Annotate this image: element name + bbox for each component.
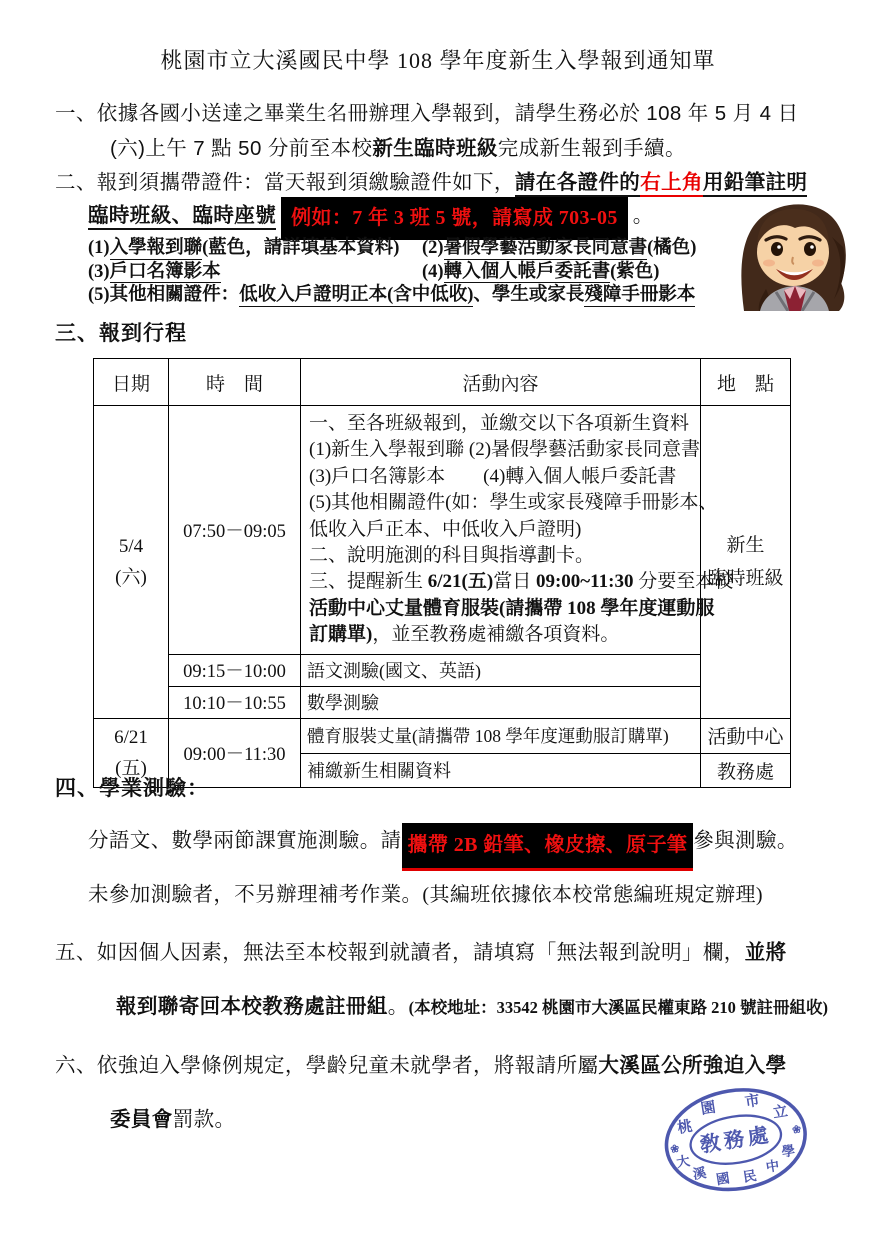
table-row-2: 09:15－10:00 語文測驗(國文、英語) xyxy=(94,654,791,686)
activity-line-4: (5)其他相關證件(如：學生或家長殘障手冊影本、 xyxy=(309,490,692,516)
schedule-table-container: 日期 時 間 活動內容 地 點 5/4 (六) 07:50－09:05 一、至各… xyxy=(93,358,791,788)
period-mark-2: 。 xyxy=(388,995,409,1018)
temp-class-emphasis: 新生臨時班級 xyxy=(372,137,497,160)
stamp-bottom-char-5: 中 xyxy=(765,1157,781,1175)
section-2-line-1: 二、報到須攜帶證件：當天報到須繳驗證件如下，請在各證件的右上角用鉛筆註明 xyxy=(55,166,807,200)
fine-tail: 罰款。 xyxy=(173,1108,236,1131)
stamp-flower-right-icon: ❀ xyxy=(791,1123,802,1136)
activity-line-3: (3)戶口名簿影本 (4)轉入個人帳戶委託書 xyxy=(309,464,692,490)
cell-date-54: 5/4 (六) xyxy=(94,406,169,719)
section-4-paragraph-2: 未參加測驗者，不另辦理補考作業。(其編班依據依本校常態編班規定辦理) xyxy=(88,878,763,912)
date-54-weekday: (六) xyxy=(95,562,167,593)
section-4-paragraph-1: 分語文、數學兩節課實施測驗。請攜帶 2B 鉛筆、橡皮擦、原子筆參與測驗。 xyxy=(88,822,798,871)
order-form-bold: 訂購單) xyxy=(309,624,372,645)
activity-line-5: 低收入戶正本、中低收入戶證明) xyxy=(309,517,692,543)
section-1-line-2: (六)上午 7 點 50 分前至本校新生臨時班級完成新生報到手續。 xyxy=(55,131,845,166)
stamp-top-char-4: 立 xyxy=(772,1102,790,1122)
class-assignment-note: (其編班依據依本校常態編班規定辦理) xyxy=(422,884,763,906)
item-3-name: 戶口名簿影本 xyxy=(110,262,221,284)
cell-activity-math-test: 數學測驗 xyxy=(301,686,701,718)
item-1-note: (藍色，請詳填基本資料) xyxy=(202,238,399,258)
stamp-bottom-char-6: 學 xyxy=(779,1142,796,1160)
item-4-num: (4) xyxy=(422,262,444,282)
section-6-line-1: 六、依強迫入學條例規定，學齡兒童未就學者，將報請所屬大溪區公所強迫入學 xyxy=(55,1049,787,1083)
avatar-eye-left xyxy=(771,242,783,256)
cell-activity-main: 一、至各班級報到，並繳交以下各項新生資料 (1)新生入學報到聯 (2)暑假學藝活… xyxy=(301,406,701,655)
district-office-bold: 大溪區公所強迫入學 xyxy=(598,1054,786,1077)
period-mark: 。 xyxy=(633,204,654,227)
cell-location-academic-office: 教務處 xyxy=(701,753,791,787)
item-4: (4)轉入個人帳戶委託書(紫色) xyxy=(422,261,659,285)
header-location: 地 點 xyxy=(701,359,791,406)
reminder-lead: 三、提醒新生 xyxy=(309,571,428,592)
header-date: 日期 xyxy=(94,359,169,406)
cell-time-1010: 10:10－10:55 xyxy=(169,686,301,718)
activity-line-9: 訂購單)，並至教務處補繳各項資料。 xyxy=(309,622,692,648)
upper-right-corner-emphasis: 右上角 xyxy=(640,171,703,197)
table-header-row: 日期 時 間 活動內容 地 點 xyxy=(94,359,791,406)
compulsory-education-note: 六、依強迫入學條例規定，學齡兒童未就學者，將報請所屬 xyxy=(55,1054,598,1077)
teacher-avatar-illustration xyxy=(736,203,856,311)
and-mail-bold: 並將 xyxy=(745,941,787,964)
example-highlight-box: 例如：7 年 3 班 5 號，請寫成 703-05 xyxy=(281,197,628,240)
table-row-4: 6/21 (五) 09:00－11:30 體育服裝丈量(請攜帶 108 學年度運… xyxy=(94,718,791,753)
item-5: (5)其他相關證件：低收入戶證明正本(含中低收)、學生或家長殘障手冊影本 xyxy=(88,284,818,308)
section-1-line-2-text: (六)上午 7 點 50 分前至本校 xyxy=(110,137,372,160)
item-3-num: (3) xyxy=(88,262,110,282)
reminder-mid: 當日 xyxy=(493,571,536,592)
item-2: (2)暑假學藝活動家長同意書(橘色) xyxy=(422,237,696,261)
stationery-highlight-box: 攜帶 2B 鉛筆、橡皮擦、原子筆 xyxy=(402,823,694,871)
avatar-blush-left xyxy=(763,260,775,267)
table-row-1: 5/4 (六) 07:50－09:05 一、至各班級報到，並繳交以下各項新生資料… xyxy=(94,406,791,655)
reminder-date: 6/21(五) xyxy=(428,571,493,592)
activity-line-8: 活動中心丈量體育服裝(請攜帶 108 學年度運動服 xyxy=(309,596,692,622)
office-stamp: 敎務處 桃 園 市 立 ❀ ❀ 大 溪 國 民 中 學 xyxy=(652,1073,820,1209)
item-1-name: 入學報到聯 xyxy=(110,238,203,260)
stamp-bottom-char-4: 民 xyxy=(742,1168,758,1185)
activity-line-7: 三、提醒新生 6/21(五)當日 09:00~11:30 分要至本校 xyxy=(309,569,692,595)
item-4-name: 轉入個人帳戶委託書 xyxy=(444,262,611,284)
items-row-1: (1)入學報到聯(藍色，請詳填基本資料) (2)暑假學藝活動家長同意書(橘色) xyxy=(88,237,818,261)
page-title: 桃園市立大溪國民中學 108 學年度新生入學報到通知單 xyxy=(0,44,876,75)
section-2-line-2: 臨時班級、臨時座號例如：7 年 3 班 5 號，請寫成 703-05。 xyxy=(88,197,654,240)
location-line-1: 新生 xyxy=(702,529,789,562)
items-row-2: (3)戶口名簿影本 (4)轉入個人帳戶委託書(紫色) xyxy=(88,261,818,285)
section-4-heading: 四、學業測驗： xyxy=(55,772,209,802)
schedule-table: 日期 時 間 活動內容 地 點 5/4 (六) 07:50－09:05 一、至各… xyxy=(93,358,791,788)
stamp-top-char-1: 桃 xyxy=(676,1117,694,1137)
certificate-note-lead: 請在各證件的 xyxy=(515,171,640,197)
header-time: 時 間 xyxy=(169,359,301,406)
pencil-note: 用鉛筆註明 xyxy=(703,171,808,197)
test-tail: 參與測驗。 xyxy=(693,829,798,852)
reminder-time: 09:00~11:30 xyxy=(536,571,634,592)
absent-note: 未參加測驗者，不另辦理補考作業。 xyxy=(88,883,422,906)
avatar-eye-glint-right xyxy=(810,245,814,249)
avatar-eye-right xyxy=(804,242,816,256)
section-6-line-2: 委員會罰款。 xyxy=(110,1103,235,1137)
stamp-top-char-3: 市 xyxy=(744,1091,762,1111)
item-2-name: 暑假學藝活動家長同意書 xyxy=(444,238,648,260)
section-3-heading: 三、報到行程 xyxy=(55,317,187,347)
item-5-doc-2: 殘障手冊影本 xyxy=(584,285,695,307)
cell-activity-language-test: 語文測驗(國文、英語) xyxy=(301,654,701,686)
notice-document-page: 桃園市立大溪國民中學 108 學年度新生入學報到通知單 一、依據各國小送達之畢業… xyxy=(0,0,876,1237)
section-1-line-2-tail: 完成新生報到手續。 xyxy=(498,137,686,160)
item-5-doc-1: 低收入戶證明正本(含中低收) xyxy=(239,285,473,307)
item-2-num: (2) xyxy=(422,238,444,258)
mail-back-bold: 報到聯寄回本校教務處註冊組 xyxy=(116,995,388,1018)
avatar-blush-right xyxy=(812,260,824,267)
item-1-num: (1) xyxy=(88,238,110,258)
avatar-image xyxy=(736,203,856,311)
stamp-bottom-char-3: 國 xyxy=(715,1169,731,1187)
section-1-line-1: 一、依據各國小送達之畢業生名冊辦理入學報到，請學生務必於 108 年 5 月 4… xyxy=(55,96,845,131)
cell-location-activity-center: 活動中心 xyxy=(701,718,791,753)
location-line-2: 臨時班級 xyxy=(702,562,789,595)
item-3: (3)戶口名簿影本 xyxy=(88,261,422,285)
activity-line-1: 一、至各班級報到，並繳交以下各項新生資料 xyxy=(309,411,692,437)
item-4-note: (紫色) xyxy=(610,262,659,282)
date-621: 6/21 xyxy=(95,722,167,753)
item-1: (1)入學報到聯(藍色，請詳填基本資料) xyxy=(88,237,422,261)
school-address: (本校地址：33542 桃園市大溪區民權東路 210 號註冊組收) xyxy=(409,998,828,1017)
section-5-line-1: 五、如因個人因素，無法至本校報到就讀者，請填寫「無法報到說明」欄，並將 xyxy=(55,936,787,970)
cell-time-0915: 09:15－10:00 xyxy=(169,654,301,686)
order-form-tail: ，並至教務處補繳各項資料。 xyxy=(372,624,619,645)
cell-activity-uniform: 體育服裝丈量(請攜帶 108 學年度運動服訂購單) xyxy=(301,718,701,753)
stamp-image: 敎務處 桃 園 市 立 ❀ ❀ 大 溪 國 民 中 學 xyxy=(652,1073,820,1209)
stamp-bottom-char-1: 大 xyxy=(675,1152,691,1170)
section-1: 一、依據各國小送達之畢業生名冊辦理入學報到，請學生務必於 108 年 5 月 4… xyxy=(55,96,845,166)
item-5-mid: 、學生或家長 xyxy=(473,285,584,305)
stamp-center-text: 敎務處 xyxy=(698,1122,773,1157)
table-row-3: 10:10－10:55 數學測驗 xyxy=(94,686,791,718)
avatar-eye-glint-left xyxy=(777,245,781,249)
date-54: 5/4 xyxy=(95,531,167,562)
cannot-report-note: 五、如因個人因素，無法至本校報到就讀者，請填寫「無法報到說明」欄， xyxy=(55,941,745,964)
document-items-list: (1)入學報到聯(藍色，請詳填基本資料) (2)暑假學藝活動家長同意書(橘色) … xyxy=(88,237,818,308)
cell-activity-supplement: 補繳新生相關資料 xyxy=(301,753,701,787)
header-activity: 活動內容 xyxy=(301,359,701,406)
section-2-intro: 二、報到須攜帶證件：當天報到須繳驗證件如下， xyxy=(55,171,515,194)
committee-bold: 委員會 xyxy=(110,1108,173,1131)
section-5-line-2: 報到聯寄回本校教務處註冊組。(本校地址：33542 桃園市大溪區民權東路 210… xyxy=(116,990,828,1025)
test-intro: 分語文、數學兩節課實施測驗。請 xyxy=(88,829,402,852)
item-2-note: (橘色) xyxy=(647,238,696,258)
item-5-num: (5)其他相關證件： xyxy=(88,285,239,305)
cell-time-0750: 07:50－09:05 xyxy=(169,406,301,655)
cell-location-tempclass: 新生 臨時班級 xyxy=(701,406,791,719)
activity-line-6: 二、說明施測的科目與指導劃卡。 xyxy=(309,543,692,569)
temp-class-seat-label: 臨時班級、臨時座號 xyxy=(88,204,276,230)
stamp-bottom-char-2: 溪 xyxy=(692,1164,708,1182)
activity-line-2: (1)新生入學報到聯 (2)暑假學藝活動家長同意書 xyxy=(309,437,692,463)
